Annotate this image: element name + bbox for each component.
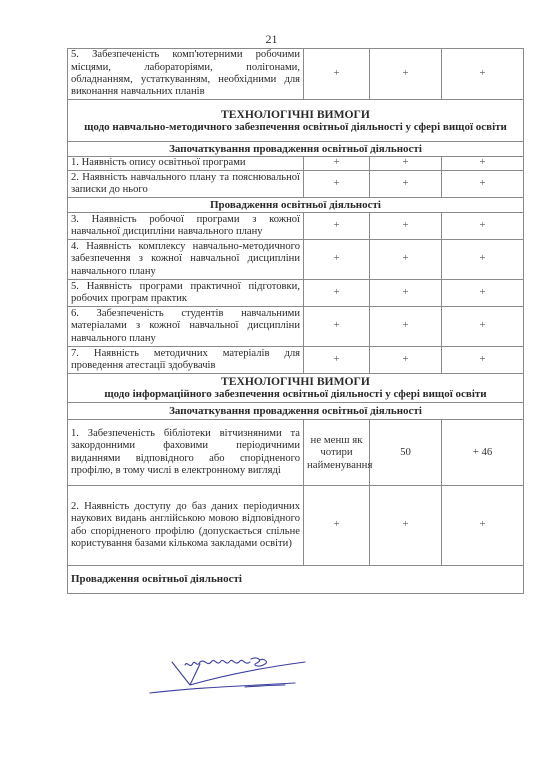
value-cell: + [442, 347, 524, 374]
section-subtitle: щодо інформаційного забезпечення освітнь… [104, 388, 486, 400]
group-title: Започаткування провадження освітньої дія… [68, 142, 524, 157]
requirement-text: 2. Наявність доступу до баз даних період… [68, 486, 304, 566]
table-row: 5. Наявність програми практичної підгото… [68, 280, 524, 307]
group-header-row: Започаткування провадження освітньої дія… [68, 403, 524, 420]
value-cell: + [370, 157, 442, 171]
value-cell: + [304, 307, 370, 347]
section-header: ТЕХНОЛОГІЧНІ ВИМОГИ щодо навчально-метод… [68, 100, 524, 142]
table-row: 1. Наявність опису освітньої програми + … [68, 157, 524, 171]
table-row: 7. Наявність методичних матеріалів для п… [68, 347, 524, 374]
table-row: 5. Забезпеченість комп'ютерними робочими… [68, 49, 524, 100]
value-cell: + [370, 280, 442, 307]
requirement-text: 3. Наявність робочої програми з кожної н… [68, 213, 304, 240]
value-cell: + [304, 347, 370, 374]
value-cell: + [442, 486, 524, 566]
table-row: 1. Забезпеченість бібліотеки вітчизняним… [68, 420, 524, 486]
requirement-text: 7. Наявність методичних матеріалів для п… [68, 347, 304, 374]
section-title: ТЕХНОЛОГІЧНІ ВИМОГИ [71, 375, 520, 388]
table-row: 3. Наявність робочої програми з кожної н… [68, 213, 524, 240]
requirement-text: 5. Забезпеченість комп'ютерними робочими… [68, 49, 304, 100]
value-cell: не менш як чотири найменування [304, 420, 370, 486]
value-cell: + [442, 171, 524, 198]
value-cell: + [442, 49, 524, 100]
value-cell: + [304, 240, 370, 280]
value-cell: + 46 [442, 420, 524, 486]
section-header-row: ТЕХНОЛОГІЧНІ ВИМОГИ щодо навчально-метод… [68, 100, 524, 142]
value-cell: + [304, 213, 370, 240]
requirement-text: 2. Наявність навчального плану та поясню… [68, 171, 304, 198]
value-cell: + [370, 171, 442, 198]
value-cell: + [442, 213, 524, 240]
table-row: 2. Наявність навчального плану та поясню… [68, 171, 524, 198]
table-row: 2. Наявність доступу до баз даних період… [68, 486, 524, 566]
value-cell: 50 [370, 420, 442, 486]
value-cell: + [370, 240, 442, 280]
requirement-text: 6. Забезпеченість студентів навчальними … [68, 307, 304, 347]
signature-icon [145, 650, 315, 700]
section-header-row: ТЕХНОЛОГІЧНІ ВИМОГИ щодо інформаційного … [68, 374, 524, 403]
group-header-row: Започаткування провадження освітньої дія… [68, 142, 524, 157]
requirement-text: 5. Наявність програми практичної підгото… [68, 280, 304, 307]
value-cell: + [304, 157, 370, 171]
group-title: Провадження освітньої діяльності [68, 198, 524, 213]
table-row: 4. Наявність комплексу навчально-методич… [68, 240, 524, 280]
table-row: 6. Забезпеченість студентів навчальними … [68, 307, 524, 347]
page-number: 21 [0, 32, 543, 47]
value-cell: + [442, 280, 524, 307]
value-cell: + [442, 307, 524, 347]
value-cell: + [304, 171, 370, 198]
group-header-row: Провадження освітньої діяльності [68, 566, 524, 594]
group-header-row: Провадження освітньої діяльності [68, 198, 524, 213]
section-header: ТЕХНОЛОГІЧНІ ВИМОГИ щодо інформаційного … [68, 374, 524, 403]
value-cell: + [370, 347, 442, 374]
requirements-table: 5. Забезпеченість комп'ютерними робочими… [67, 48, 524, 594]
value-cell: + [370, 213, 442, 240]
value-cell: + [370, 49, 442, 100]
section-subtitle: щодо навчально-методичного забезпечення … [84, 121, 507, 133]
value-cell: + [370, 307, 442, 347]
value-cell: + [442, 157, 524, 171]
requirement-text: 4. Наявність комплексу навчально-методич… [68, 240, 304, 280]
requirement-text: 1. Забезпеченість бібліотеки вітчизняним… [68, 420, 304, 486]
value-cell: + [370, 486, 442, 566]
value-cell: + [304, 486, 370, 566]
value-cell: + [442, 240, 524, 280]
group-title: Провадження освітньої діяльності [68, 566, 524, 594]
value-cell: + [304, 280, 370, 307]
value-cell: + [304, 49, 370, 100]
group-title: Започаткування провадження освітньої дія… [68, 403, 524, 420]
section-title: ТЕХНОЛОГІЧНІ ВИМОГИ [71, 108, 520, 121]
requirement-text: 1. Наявність опису освітньої програми [68, 157, 304, 171]
